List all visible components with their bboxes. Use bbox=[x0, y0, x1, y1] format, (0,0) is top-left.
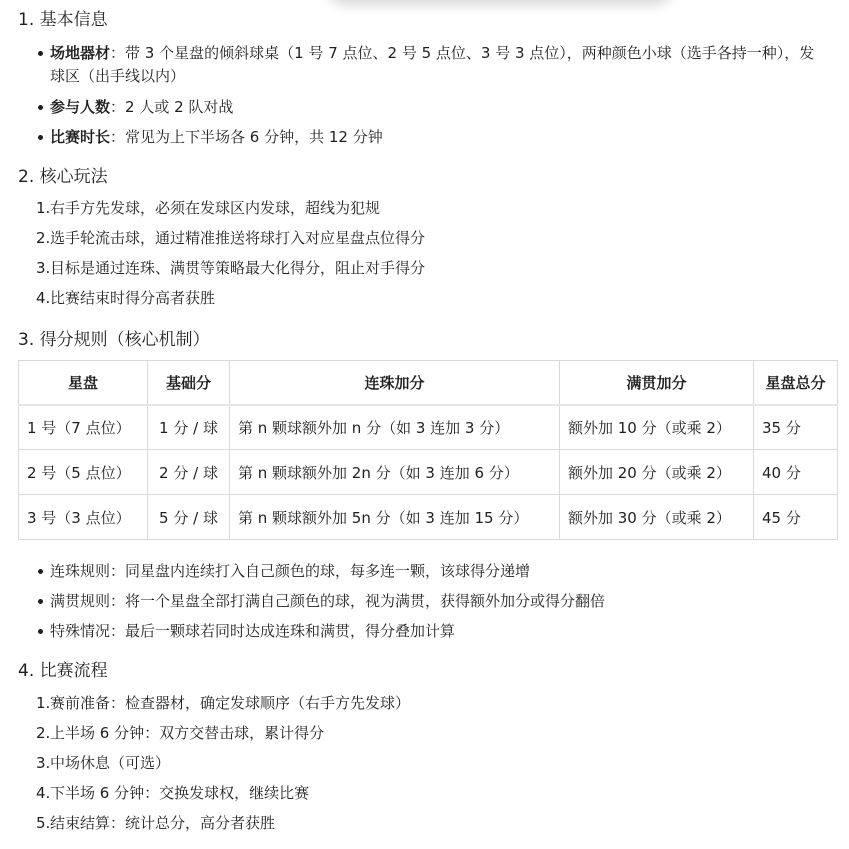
item-text: 常见为上下半场各 6 分钟，共 12 分钟 bbox=[125, 128, 383, 146]
table-row: 1 号（7 点位） 1 分 / 球 第 n 颗球额外加 n 分（如 3 连加 3… bbox=[19, 405, 838, 450]
column-header: 满贯加分 bbox=[560, 361, 754, 405]
scoring-rules-list: 连珠规则：同星盘内连续打入自己颜色的球，每多连一颗，该球得分递增 满贯规则：将一… bbox=[18, 560, 605, 642]
table-cell: 5 分 / 球 bbox=[148, 495, 230, 540]
item-label: 参与人数 bbox=[50, 98, 110, 116]
list-item: 1.右手方先发球，必须在发球区内发球，超线为犯规 bbox=[18, 197, 425, 219]
column-header: 连珠加分 bbox=[230, 361, 560, 405]
table-cell: 40 分 bbox=[754, 450, 838, 495]
table-cell: 1 号（7 点位） bbox=[19, 405, 148, 450]
table-row: 3 号（3 点位） 5 分 / 球 第 n 颗球额外加 5n 分（如 3 连加 … bbox=[19, 495, 838, 540]
table-cell: 2 号（5 点位） bbox=[19, 450, 148, 495]
section-heading-scoring: 3. 得分规则（核心机制） bbox=[18, 328, 210, 352]
item-label: 比赛时长 bbox=[50, 128, 110, 146]
list-item: 连珠规则：同星盘内连续打入自己颜色的球，每多连一颗，该球得分递增 bbox=[18, 560, 605, 582]
list-item: 参与人数：2 人或 2 队对战 bbox=[18, 96, 818, 118]
list-item: 5.结束结算：统计总分，高分者获胜 bbox=[18, 812, 410, 834]
table-header-row: 星盘 基础分 连珠加分 满贯加分 星盘总分 bbox=[19, 361, 838, 405]
table-cell: 35 分 bbox=[754, 405, 838, 450]
section-heading-basic-info: 1. 基本信息 bbox=[18, 8, 108, 32]
item-label: 场地器材 bbox=[50, 44, 110, 62]
table-cell: 第 n 颗球额外加 2n 分（如 3 连加 6 分） bbox=[230, 450, 560, 495]
list-item: 场地器材：带 3 个星盘的倾斜球桌（1 号 7 点位、2 号 5 点位、3 号 … bbox=[18, 42, 818, 88]
column-header: 星盘总分 bbox=[754, 361, 838, 405]
table-cell: 第 n 颗球额外加 n 分（如 3 连加 3 分） bbox=[230, 405, 560, 450]
list-item: 4.下半场 6 分钟：交换发球权，继续比赛 bbox=[18, 782, 410, 804]
table-cell: 额外加 10 分（或乘 2） bbox=[560, 405, 754, 450]
list-item: 1.赛前准备：检查器材，确定发球顺序（右手方先发球） bbox=[18, 692, 410, 714]
list-item: 2.上半场 6 分钟：双方交替击球，累计得分 bbox=[18, 722, 410, 744]
table-cell: 1 分 / 球 bbox=[148, 405, 230, 450]
column-header: 基础分 bbox=[148, 361, 230, 405]
list-item: 3.目标是通过连珠、满贯等策略最大化得分，阻止对手得分 bbox=[18, 257, 425, 279]
column-header: 星盘 bbox=[19, 361, 148, 405]
section-heading-gameplay: 2. 核心玩法 bbox=[18, 165, 108, 189]
table-cell: 额外加 20 分（或乘 2） bbox=[560, 450, 754, 495]
list-item: 3.中场休息（可选） bbox=[18, 752, 410, 774]
table-cell: 第 n 颗球额外加 5n 分（如 3 连加 15 分） bbox=[230, 495, 560, 540]
scoring-table: 星盘 基础分 连珠加分 满贯加分 星盘总分 1 号（7 点位） 1 分 / 球 … bbox=[18, 360, 838, 540]
table-row: 2 号（5 点位） 2 分 / 球 第 n 颗球额外加 2n 分（如 3 连加 … bbox=[19, 450, 838, 495]
list-item: 比赛时长：常见为上下半场各 6 分钟，共 12 分钟 bbox=[18, 126, 818, 148]
gameplay-list: 1.右手方先发球，必须在发球区内发球，超线为犯规 2.选手轮流击球，通过精准推送… bbox=[18, 197, 425, 309]
flow-list: 1.赛前准备：检查器材，确定发球顺序（右手方先发球） 2.上半场 6 分钟：双方… bbox=[18, 692, 410, 834]
table-cell: 45 分 bbox=[754, 495, 838, 540]
basic-info-list: 场地器材：带 3 个星盘的倾斜球桌（1 号 7 点位、2 号 5 点位、3 号 … bbox=[18, 42, 818, 148]
table-cell: 2 分 / 球 bbox=[148, 450, 230, 495]
item-text: 2 人或 2 队对战 bbox=[125, 98, 233, 116]
section-heading-flow: 4. 比赛流程 bbox=[18, 659, 108, 683]
item-text: 带 3 个星盘的倾斜球桌（1 号 7 点位、2 号 5 点位、3 号 3 点位）… bbox=[50, 44, 814, 85]
table-cell: 额外加 30 分（或乘 2） bbox=[560, 495, 754, 540]
list-item: 2.选手轮流击球，通过精准推送将球打入对应星盘点位得分 bbox=[18, 227, 425, 249]
list-item: 4.比赛结束时得分高者获胜 bbox=[18, 287, 425, 309]
list-item: 特殊情况：最后一颗球若同时达成连珠和满贯，得分叠加计算 bbox=[18, 620, 605, 642]
table-cell: 3 号（3 点位） bbox=[19, 495, 148, 540]
list-item: 满贯规则：将一个星盘全部打满自己颜色的球，视为满贯，获得额外加分或得分翻倍 bbox=[18, 590, 605, 612]
